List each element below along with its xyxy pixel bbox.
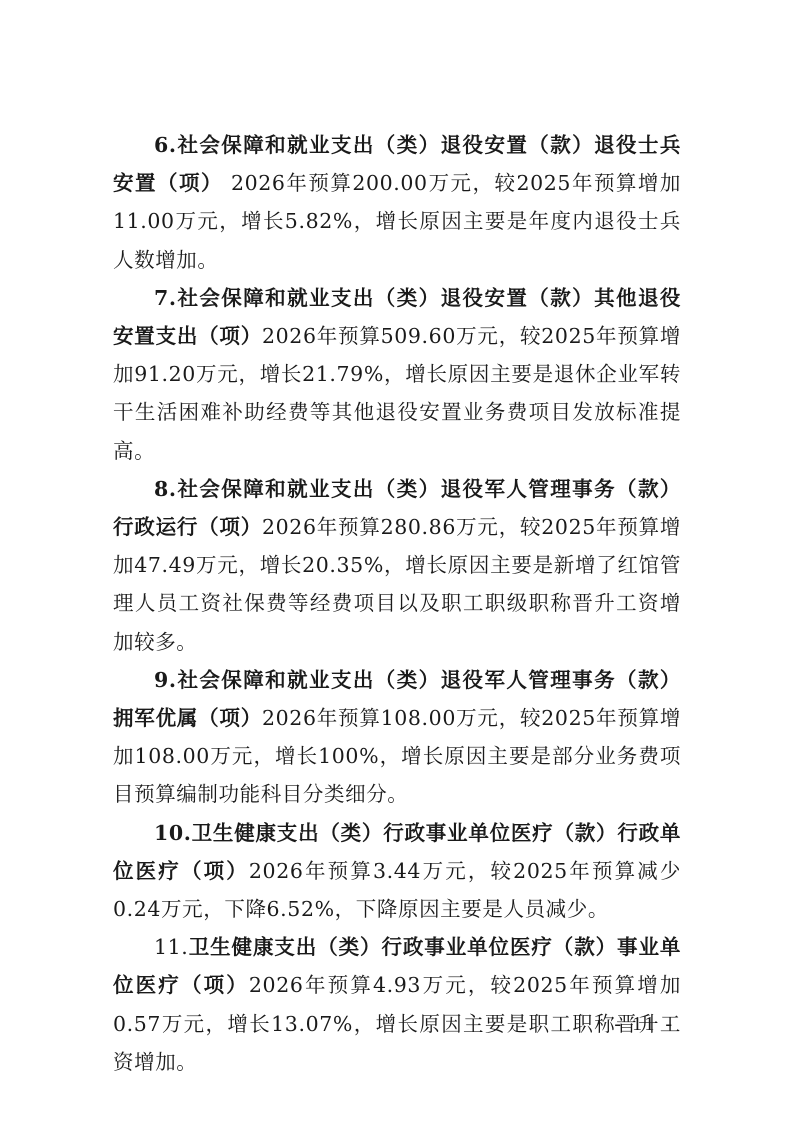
paragraph-item-10: 10.卫生健康支出（类）行政事业单位医疗（款）行政单位医疗（项）2026年预算3…: [113, 814, 681, 929]
item-number: 8.: [154, 477, 177, 501]
paragraph-item-6: 6.社会保障和就业支出（类）退役安置（款）退役士兵安置（项） 2026年预算20…: [113, 126, 681, 279]
paragraph-item-11: 11.卫生健康支出（类）行政事业单位医疗（款）事业单位医疗（项）2026年预算4…: [113, 928, 681, 1081]
paragraph-item-7: 7.社会保障和就业支出（类）退役安置（款）其他退役安置支出（项）2026年预算5…: [113, 279, 681, 470]
page-number: - 11 -: [614, 1013, 675, 1036]
item-number: 9.: [154, 668, 177, 692]
paragraph-item-8: 8.社会保障和就业支出（类）退役军人管理事务（款）行政运行（项）2026年预算2…: [113, 470, 681, 661]
item-number: 10.: [154, 821, 191, 845]
item-number: 11.: [154, 935, 188, 959]
item-number: 7.: [154, 286, 177, 310]
document-page: 6.社会保障和就业支出（类）退役安置（款）退役士兵安置（项） 2026年预算20…: [113, 126, 681, 1081]
item-number: 6.: [154, 133, 177, 157]
paragraph-item-9: 9.社会保障和就业支出（类）退役军人管理事务（款）拥军优属（项）2026年预算1…: [113, 661, 681, 814]
